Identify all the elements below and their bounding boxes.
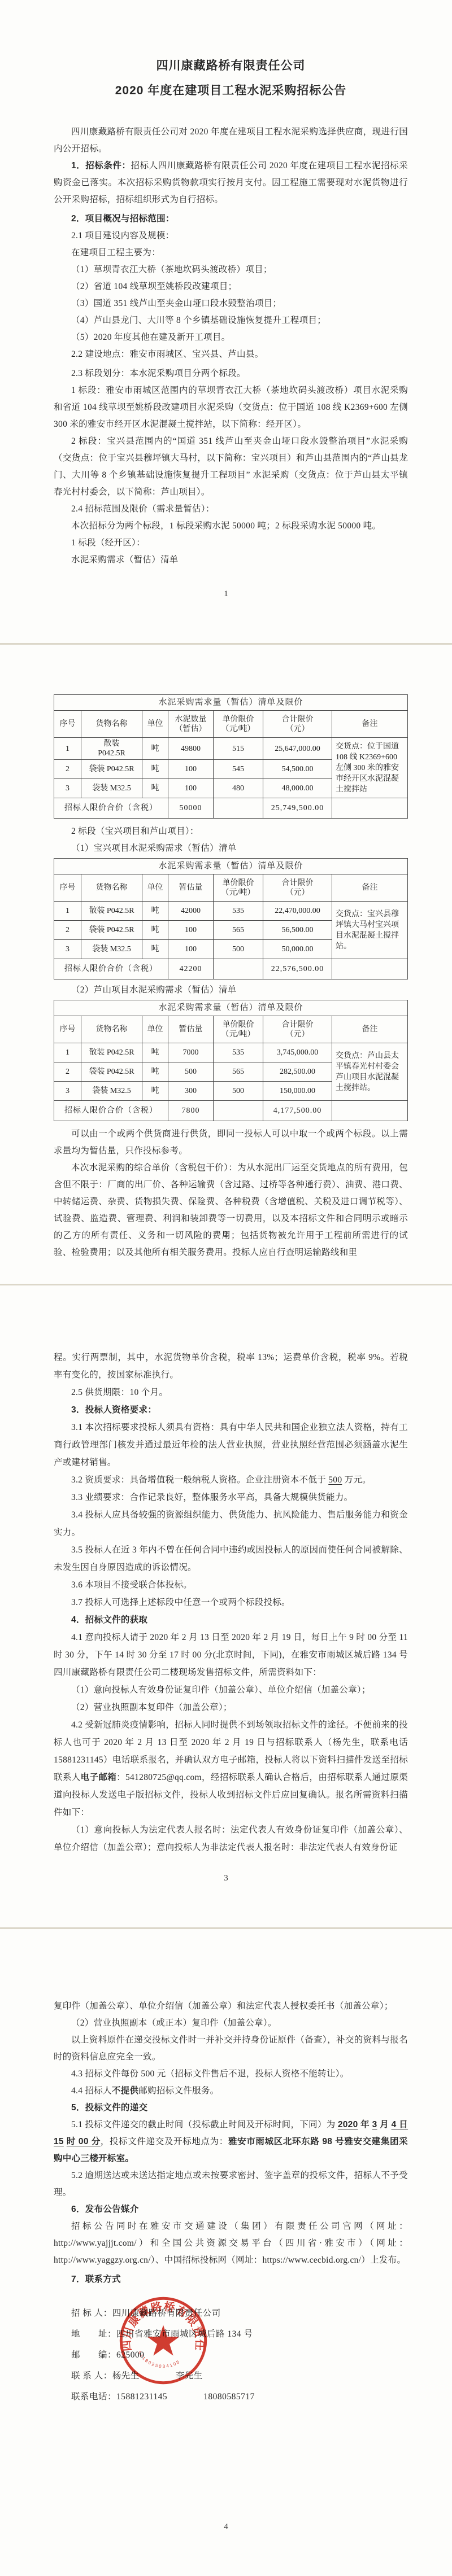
table-cell: 54,500.00 [263, 760, 332, 779]
page-4: 四川康藏路桥有限责任公司 5118025034105 复印件（加盖公章）、单位介… [0, 1929, 452, 2576]
paragraph: 3.3 业绩要求：合作记录良好，整体服务水平高，具备大规模供货能力。 [54, 1489, 408, 1506]
contact-line: 邮 编：625000 [54, 2345, 408, 2365]
paragraph: 5.1 投标文件递交的截止时间（投标截止时间及开标时间，下同）为 2020 年 … [54, 2116, 408, 2167]
table-header-cell: 合计限价（元） [263, 1016, 332, 1043]
paragraph: 3.5 投标人在近 3 年内不曾在任何合同中违约或因投标人的原因而使任何合同被解… [54, 1541, 408, 1576]
contact-line: 地 址：四川省雅安市雨城区城后路 134 号 [54, 2324, 408, 2345]
table-header-cell: 单位 [142, 1016, 168, 1043]
paragraph: （2）营业执照副本复印件（加盖公章）； [54, 1699, 408, 1716]
paragraph: 本次水泥采购的综合单价（含税包干价）：为从水泥出厂运至交货地点的所有费用，包含但… [54, 1160, 408, 1261]
table-row: 1散装P042.5R吨4980051525,647,000.00交货点：位于国道… [54, 738, 408, 760]
table-cell: 48,000.00 [263, 779, 332, 798]
table-footer-row: 招标人限价合价（含税）5000025,749,500.00 [54, 798, 408, 819]
table-cell: 1 [54, 902, 81, 921]
table-header-cell: 暂估量 [168, 1016, 214, 1043]
paragraph: 可以由一个或两个供货商进行供货，即同一投标人可以中取一个或两个标段。以上需求量均… [54, 1126, 408, 1160]
paragraph: 2 标段：宝兴县范围内的“国道 351 线芦山至夹金山垭口段水毁整治项目”水泥采… [54, 433, 408, 501]
paragraph: （1）意向投标人为法定代表人报名时：法定代表人有效身份证复印件（加盖公章）、单位… [54, 1821, 408, 1856]
paragraph: 在建项目工程主要为： [54, 244, 408, 261]
page-number: 2 [0, 1230, 452, 1240]
table-title: 水泥采购需求量（暂估）清单及限价 [54, 695, 408, 711]
table-cell: 吨 [142, 902, 168, 921]
spacer [54, 2288, 408, 2303]
table-footer-cell [332, 959, 408, 979]
table-cell: 袋装 M32.5 [81, 940, 142, 959]
paragraph: 1 标段（经开区）： [54, 535, 408, 552]
paragraph: （5）2020 年度其他在建及新开工项目。 [54, 329, 408, 346]
table-footer-cell [214, 1101, 263, 1121]
cement-demand-table: 水泥采购需求量（暂估）清单及限价序号货物名称单位水泥数量（暂估）单价限价（元/吨… [54, 694, 408, 819]
paragraph: 4.1 意向投标人请于 2020 年 2 月 13 日至 2020 年 2 月 … [54, 1629, 408, 1681]
table-cell: 25,647,000.00 [263, 738, 332, 760]
table-header-cell: 合计限价（元） [263, 711, 332, 738]
table-cell: 2 [54, 921, 81, 940]
table-footer-cell: 4,177,500.00 [263, 1101, 332, 1121]
paragraph: 1．招标条件：招标人四川康藏路桥有限责任公司 2020 年度在建项目工程水泥招标… [54, 158, 408, 208]
paragraph: 2.4 招标范围及限价（需求量暂估）： [54, 501, 408, 518]
table-header-cell: 货物名称 [81, 711, 142, 738]
document-title-line: 四川康藏路桥有限责任公司 [54, 54, 408, 78]
paragraph: （1）宝兴项目水泥采购需求（暂估）清单 [54, 840, 408, 857]
paragraph: 3.1 本次招标要求投标人须具有资格：具有中华人民共和国企业独立法人资格，持有工… [54, 1419, 408, 1471]
table-cell: 500 [168, 1062, 214, 1082]
table-footer-cell: 50000 [168, 798, 214, 819]
table-header-cell: 备注 [332, 874, 408, 902]
table-cell: 袋装 M32.5 [81, 779, 142, 798]
table-footer-cell [332, 798, 408, 819]
paragraph: 2.5 供货期限：10 个月。 [54, 1384, 408, 1401]
table-cell: 吨 [142, 1082, 168, 1101]
paragraph: （1）意向投标人有效身份证复印件（加盖公章）、单位介绍信（加盖公章）； [54, 1681, 408, 1699]
table-cell: 300 [168, 1082, 214, 1101]
section-heading: 6．发布公告媒介 [54, 2201, 408, 2218]
spacer [54, 103, 408, 124]
contact-line: 联 系 人：杨先生 李先生 [54, 2365, 408, 2386]
table-cell: 吨 [142, 1043, 168, 1062]
page-2: 水泥采购需求量（暂估）清单及限价序号货物名称单位水泥数量（暂估）单价限价（元/吨… [0, 645, 452, 1285]
table-cell: 吨 [142, 779, 168, 798]
table-header-cell: 单价限价（元/吨） [214, 1016, 263, 1043]
spacer [54, 1285, 408, 1349]
section-heading: 4．招标文件的获取 [54, 1611, 408, 1629]
paragraph: 2.1 项目建设内容及规模： [54, 228, 408, 244]
paragraph: 4.3 招标文件每份 500 元（招标文件售后不退，投标人资格不能转让）。 [54, 2066, 408, 2083]
table-cell: 565 [214, 921, 263, 940]
table-row: 1散装 P042.5R吨70005353,745,000.00交货点：芦山县太平… [54, 1043, 408, 1062]
section-heading: 7．联系方式 [54, 2271, 408, 2288]
table-footer-cell [214, 798, 263, 819]
spacer [54, 0, 408, 54]
text-run: 雅安市雨城区北环东路 98 号雅安交建集团采购中心三楼开标室。 [54, 2137, 408, 2163]
table-cell: 袋装 P042.5R [81, 1062, 142, 1082]
table-cell: 500 [214, 1082, 263, 1101]
table-header-cell: 单位 [142, 874, 168, 902]
paragraph: 四川康藏路桥有限责任公司对 2020 年度在建项目工程水泥采购选择供应商，现进行… [54, 124, 408, 158]
table-cell: 535 [214, 1043, 263, 1062]
text-run: 月 [377, 2120, 392, 2129]
table-cell: 2 [54, 1062, 81, 1082]
spacer [54, 1929, 408, 1998]
table-footer-row: 招标人限价合价（含税）78004,177,500.00 [54, 1101, 408, 1121]
table-header-cell: 序号 [54, 711, 81, 738]
table-cell: 吨 [142, 940, 168, 959]
table-cell: 3 [54, 779, 81, 798]
table-footer-cell [214, 959, 263, 979]
table-cell: 散装P042.5R [81, 738, 142, 760]
spacer [54, 645, 408, 694]
text-run: 不提供 [112, 2086, 138, 2096]
text-run: 时 00 分 [67, 2137, 101, 2146]
section-heading: 2．项目概况与招标范围： [54, 211, 408, 228]
paragraph: 3.7 投标人可选择上述标段中任意一个或两个标段投标。 [54, 1594, 408, 1611]
table-remark-cell: 交货点：芦山县太平镇春光村村委会芦山项目水泥混凝土搅拌站。 [332, 1043, 408, 1101]
paragraph: （2）营业执照副本（或正本）复印件（加盖公章）。 [54, 2015, 408, 2032]
section-heading: 5．投标文件的递交 [54, 2100, 408, 2116]
table-header-cell: 单价限价（元/吨） [214, 711, 263, 738]
table-cell: 散装 P042.5R [81, 902, 142, 921]
text-run: 500 [328, 1475, 342, 1485]
table-header-cell: 暂估量 [168, 874, 214, 902]
paragraph: 3.2 资质要求：具备增值税一般纳税人资格。企业注册资本不低于 500 万元。 [54, 1471, 408, 1489]
paragraph: 3.6 本项目不接受联合体投标。 [54, 1576, 408, 1594]
paragraph: （4）芦山县龙门、大川等 8 个乡镇基础设施恢复提升工程项目； [54, 312, 408, 329]
table-cell: 56,500.00 [263, 921, 332, 940]
table-cell: 22,470,000.00 [263, 902, 332, 921]
table-footer-cell: 招标人限价合价（含税） [54, 1101, 168, 1121]
table-header-cell: 合计限价（元） [263, 874, 332, 902]
table-header-cell: 货物名称 [81, 874, 142, 902]
text-run: 1．招标条件： [71, 161, 131, 170]
table-cell: 7000 [168, 1043, 214, 1062]
paragraph: 5.2 逾期送达或未送达指定地点或未按要求密封、签字盖章的投标文件，招标人不予受… [54, 2167, 408, 2201]
paragraph: 4.2 受新冠肺炎疫情影响，招标人同时提供不到场领取招标文件的途径。不便前来的投… [54, 1716, 408, 1821]
table-cell: 100 [168, 760, 214, 779]
table-cell: 吨 [142, 738, 168, 760]
table-header-cell: 序号 [54, 874, 81, 902]
paragraph: 程。实行两票制，其中，水泥货物单价含税，税率 13%；运费单价含税，税率 9%。… [54, 1349, 408, 1384]
text-run: 年 [358, 2120, 372, 2129]
table-cell: 2 [54, 760, 81, 779]
table-cell: 1 [54, 738, 81, 760]
table-cell: 42000 [168, 902, 214, 921]
table-cell: 100 [168, 779, 214, 798]
paragraph: 2.2 建设地点：雅安市雨城区、宝兴县、芦山县。 [54, 346, 408, 363]
table-cell: 515 [214, 738, 263, 760]
table-cell: 3 [54, 940, 81, 959]
paragraph: （2）省道 104 线草坝至姚桥段改建项目； [54, 278, 408, 295]
table-cell: 3,745,000.00 [263, 1043, 332, 1062]
table-header-cell: 备注 [332, 1016, 408, 1043]
paragraph: 2 标段（宝兴项目和芦山项目）： [54, 823, 408, 840]
text-run: 电子邮箱 [81, 1773, 117, 1782]
paragraph: 4.4 招标人不提供邮购招标文件服务。 [54, 2083, 408, 2100]
paragraph: （3）国道 351 线芦山至夹金山垭口段水毁整治项目； [54, 295, 408, 312]
cement-demand-table: 水泥采购需求量（暂估）清单及限价序号货物名称单位暂估量单价限价（元/吨）合计限价… [54, 1000, 408, 1121]
section-heading: 3．投标人资格要求： [54, 1401, 408, 1419]
table-header-cell: 序号 [54, 1016, 81, 1043]
paragraph: （1）草坝青衣江大桥（茶地坎码头渡改桥）项目； [54, 261, 408, 278]
table-footer-cell: 招标人限价合价（含税） [54, 798, 168, 819]
table-cell: 袋装 P042.5R [81, 921, 142, 940]
table-cell: 吨 [142, 921, 168, 940]
table-cell: 545 [214, 760, 263, 779]
table-footer-cell: 25,749,500.00 [263, 798, 332, 819]
page-number: 1 [0, 589, 452, 599]
table-cell: 480 [214, 779, 263, 798]
table-cell: 100 [168, 921, 214, 940]
table-cell: 565 [214, 1062, 263, 1082]
table-title: 水泥采购需求量（暂估）清单及限价 [54, 1000, 408, 1016]
table-row: 1散装 P042.5R吨4200053522,470,000.00交货点：宝兴县… [54, 902, 408, 921]
page-1: 四川康藏路桥有限责任公司2020 年度在建项目工程水泥采购招标公告四川康藏路桥有… [0, 0, 452, 645]
paragraph: 招标公告同时在雅安市交通建设（集团）有限责任公司官网（网址：http://www… [54, 2218, 408, 2269]
table-cell: 1 [54, 1043, 81, 1062]
text-run: 3 [372, 2120, 377, 2129]
table-footer-cell: 42200 [168, 959, 214, 979]
document-title-line: 2020 年度在建项目工程水泥采购招标公告 [54, 78, 408, 103]
cement-demand-table: 水泥采购需求量（暂估）清单及限价序号货物名称单位暂估量单价限价（元/吨）合计限价… [54, 858, 408, 979]
scanned-document: 四川康藏路桥有限责任公司2020 年度在建项目工程水泥采购招标公告四川康藏路桥有… [0, 0, 452, 2576]
text-run: 2020 [338, 2120, 358, 2129]
table-cell: 49800 [168, 738, 214, 760]
table-remark-cell: 交货点：位于国道 108 线 K2369+600 左侧 300 米的雅安市经开区… [332, 738, 408, 798]
table-cell: 100 [168, 940, 214, 959]
table-title: 水泥采购需求量（暂估）清单及限价 [54, 859, 408, 874]
contact-line: 招 标 人：四川康藏路桥有限责任公司 [54, 2303, 408, 2324]
paragraph: 1 标段：雅安市雨城区范围内的草坝青衣江大桥（茶地坎码头渡改桥）项目水泥采购和省… [54, 382, 408, 433]
page-number: 4 [0, 2522, 452, 2532]
page-number: 3 [0, 1874, 452, 1883]
table-cell: 50,000.00 [263, 940, 332, 959]
table-footer-cell: 22,576,500.00 [263, 959, 332, 979]
table-cell: 袋装 M32.5 [81, 1082, 142, 1101]
table-header-cell: 货物名称 [81, 1016, 142, 1043]
table-cell: 3 [54, 1082, 81, 1101]
table-cell: 500 [214, 940, 263, 959]
table-cell: 535 [214, 902, 263, 921]
table-footer-cell [332, 1101, 408, 1121]
paragraph: 2.3 标段划分：本水泥采购项目分两个标段。 [54, 365, 408, 382]
paragraph: 以上资料原件在递交投标文件时一并补交并持身份证原件（备查），补交的资料与报名时的… [54, 2032, 408, 2066]
page-3: 程。实行两票制，其中，水泥货物单价含税，税率 13%；运费单价含税，税率 9%。… [0, 1285, 452, 1929]
paragraph: （2）芦山项目水泥采购需求（暂估）清单 [54, 982, 408, 999]
paragraph: 3.4 投标人应具备较强的资源组织能力、供货能力、抗风险能力、售后服务能力和资金… [54, 1506, 408, 1541]
table-footer-cell: 7800 [168, 1101, 214, 1121]
table-cell: 150,000.00 [263, 1082, 332, 1101]
paragraph: 本次招标分为两个标段，1 标段采购水泥 50000 吨；2 标段采购水泥 500… [54, 518, 408, 535]
contact-line: 联系电话：15881231145 18080585717 [54, 2386, 408, 2407]
table-header-cell: 单价限价（元/吨） [214, 874, 263, 902]
table-cell: 282,500.00 [263, 1062, 332, 1082]
table-header-cell: 备注 [332, 711, 408, 738]
table-header-cell: 单位 [142, 711, 168, 738]
table-footer-row: 招标人限价合价（含税）4220022,576,500.00 [54, 959, 408, 979]
table-remark-cell: 交货点：宝兴县穆坪镇大马村宝兴项目水泥混凝土搅拌站。 [332, 902, 408, 959]
contact-block: 招 标 人：四川康藏路桥有限责任公司地 址：四川省雅安市雨城区城后路 134 号… [54, 2303, 408, 2407]
table-cell: 散装 P042.5R [81, 1043, 142, 1062]
table-footer-cell: 招标人限价合价（含税） [54, 959, 168, 979]
table-cell: 吨 [142, 760, 168, 779]
paragraph: 复印件（加盖公章）、单位介绍信（加盖公章）和法定代表人授权委托书（加盖公章）； [54, 1998, 408, 2015]
paragraph: 水泥采购需求（暂估）清单 [54, 552, 408, 568]
table-cell: 吨 [142, 1062, 168, 1082]
table-cell: 袋装 P042.5R [81, 760, 142, 779]
table-header-cell: 水泥数量（暂估） [168, 711, 214, 738]
